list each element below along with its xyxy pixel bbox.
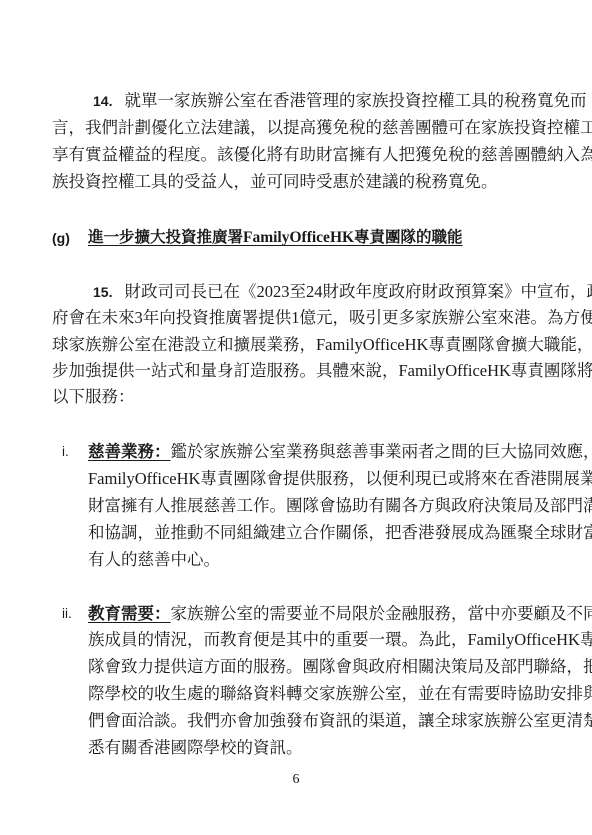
paragraph-text: 就單一家族辦公室在香港管理的家族投資控權工具的稅務寬免而 xyxy=(124,91,586,110)
list-marker: i. xyxy=(62,440,69,464)
list-line: 際學校的收生處的聯絡資料轉交家族辦公室，並在有需要時協助安排與他 xyxy=(88,682,538,706)
list-line: 和協調，並推動不同組織建立合作關係，把香港發展成為匯聚全球財富擁 xyxy=(88,521,538,545)
list-line: 隊會致力提供這方面的服務。團隊會與政府相關決策局及部門聯絡，把國 xyxy=(88,655,538,679)
list-line: 教育需要：家族辦公室的需要並不局限於金融服務，當中亦要顧及不同家 xyxy=(88,602,538,626)
list-item-text: 家族辦公室的需要並不局限於金融服務，當中亦要顧及不同家 xyxy=(171,604,592,623)
section-title: 進一步擴大投資推廣署FamilyOfficeHK專責團隊的職能 xyxy=(88,226,463,250)
list-line: 們會面洽談。我們亦會加強發布資訊的渠道，讓全球家族辦公室更清楚知 xyxy=(88,709,538,733)
list-line: 族成員的情況，而教育便是其中的重要一環。為此，FamilyOfficeHK專責團 xyxy=(88,628,538,652)
paragraph-line: 15.財政司司長已在《2023至24財政年度政府財政預算案》中宣布，政 xyxy=(93,280,538,304)
section-label: (g) xyxy=(52,226,70,250)
list-marker: ii. xyxy=(62,602,72,626)
paragraph-line: 府會在未來3年向投資推廣署提供1億元，吸引更多家族辦公室來港。為方便全 xyxy=(52,306,538,330)
paragraph-line: 言，我們計劃優化立法建議，以提高獲免稅的慈善團體可在家族投資控權工具 xyxy=(52,116,538,140)
paragraph-number: 15. xyxy=(93,284,112,300)
paragraph-line: 球家族辦公室在港設立和擴展業務，FamilyOfficeHK專責團隊會擴大職能，… xyxy=(52,333,538,357)
paragraph-line: 族投資控權工具的受益人，並可同時受惠於建議的稅務寬免。 xyxy=(52,170,538,194)
paragraph-line: 步加強提供一站式和量身訂造服務。具體來說，FamilyOfficeHK專責團隊將… xyxy=(52,359,538,383)
paragraph-number: 14. xyxy=(93,93,112,109)
page-number: 6 xyxy=(288,770,304,790)
document-page: 14.就單一家族辦公室在香港管理的家族投資控權工具的稅務寬免而 言，我們計劃優化… xyxy=(0,0,592,835)
paragraph-line: 享有實益權益的程度。該優化將有助財富擁有人把獲免稅的慈善團體納入為家 xyxy=(52,143,538,167)
list-item-title: 教育需要： xyxy=(88,604,171,623)
list-line: 有人的慈善中心。 xyxy=(88,548,538,572)
list-item-title: 慈善業務： xyxy=(88,442,171,461)
list-line: 悉有關香港國際學校的資訊。 xyxy=(88,736,538,760)
list-item-text: 鑑於家族辦公室業務與慈善事業兩者之間的巨大協同效應， xyxy=(171,442,592,461)
paragraph-line: 14.就單一家族辦公室在香港管理的家族投資控權工具的稅務寬免而 xyxy=(93,89,538,113)
list-line: FamilyOfficeHK專責團隊會提供服務，以便利現已或將來在香港開展業務的 xyxy=(88,467,538,491)
paragraph-text: 財政司司長已在《2023至24財政年度政府財政預算案》中宣布，政 xyxy=(124,282,592,301)
list-line: 慈善業務：鑑於家族辦公室業務與慈善事業兩者之間的巨大協同效應， xyxy=(88,440,538,464)
paragraph-line: 以下服務： xyxy=(52,385,538,409)
list-line: 財富擁有人推展慈善工作。團隊會協助有關各方與政府決策局及部門溝通 xyxy=(88,494,538,518)
